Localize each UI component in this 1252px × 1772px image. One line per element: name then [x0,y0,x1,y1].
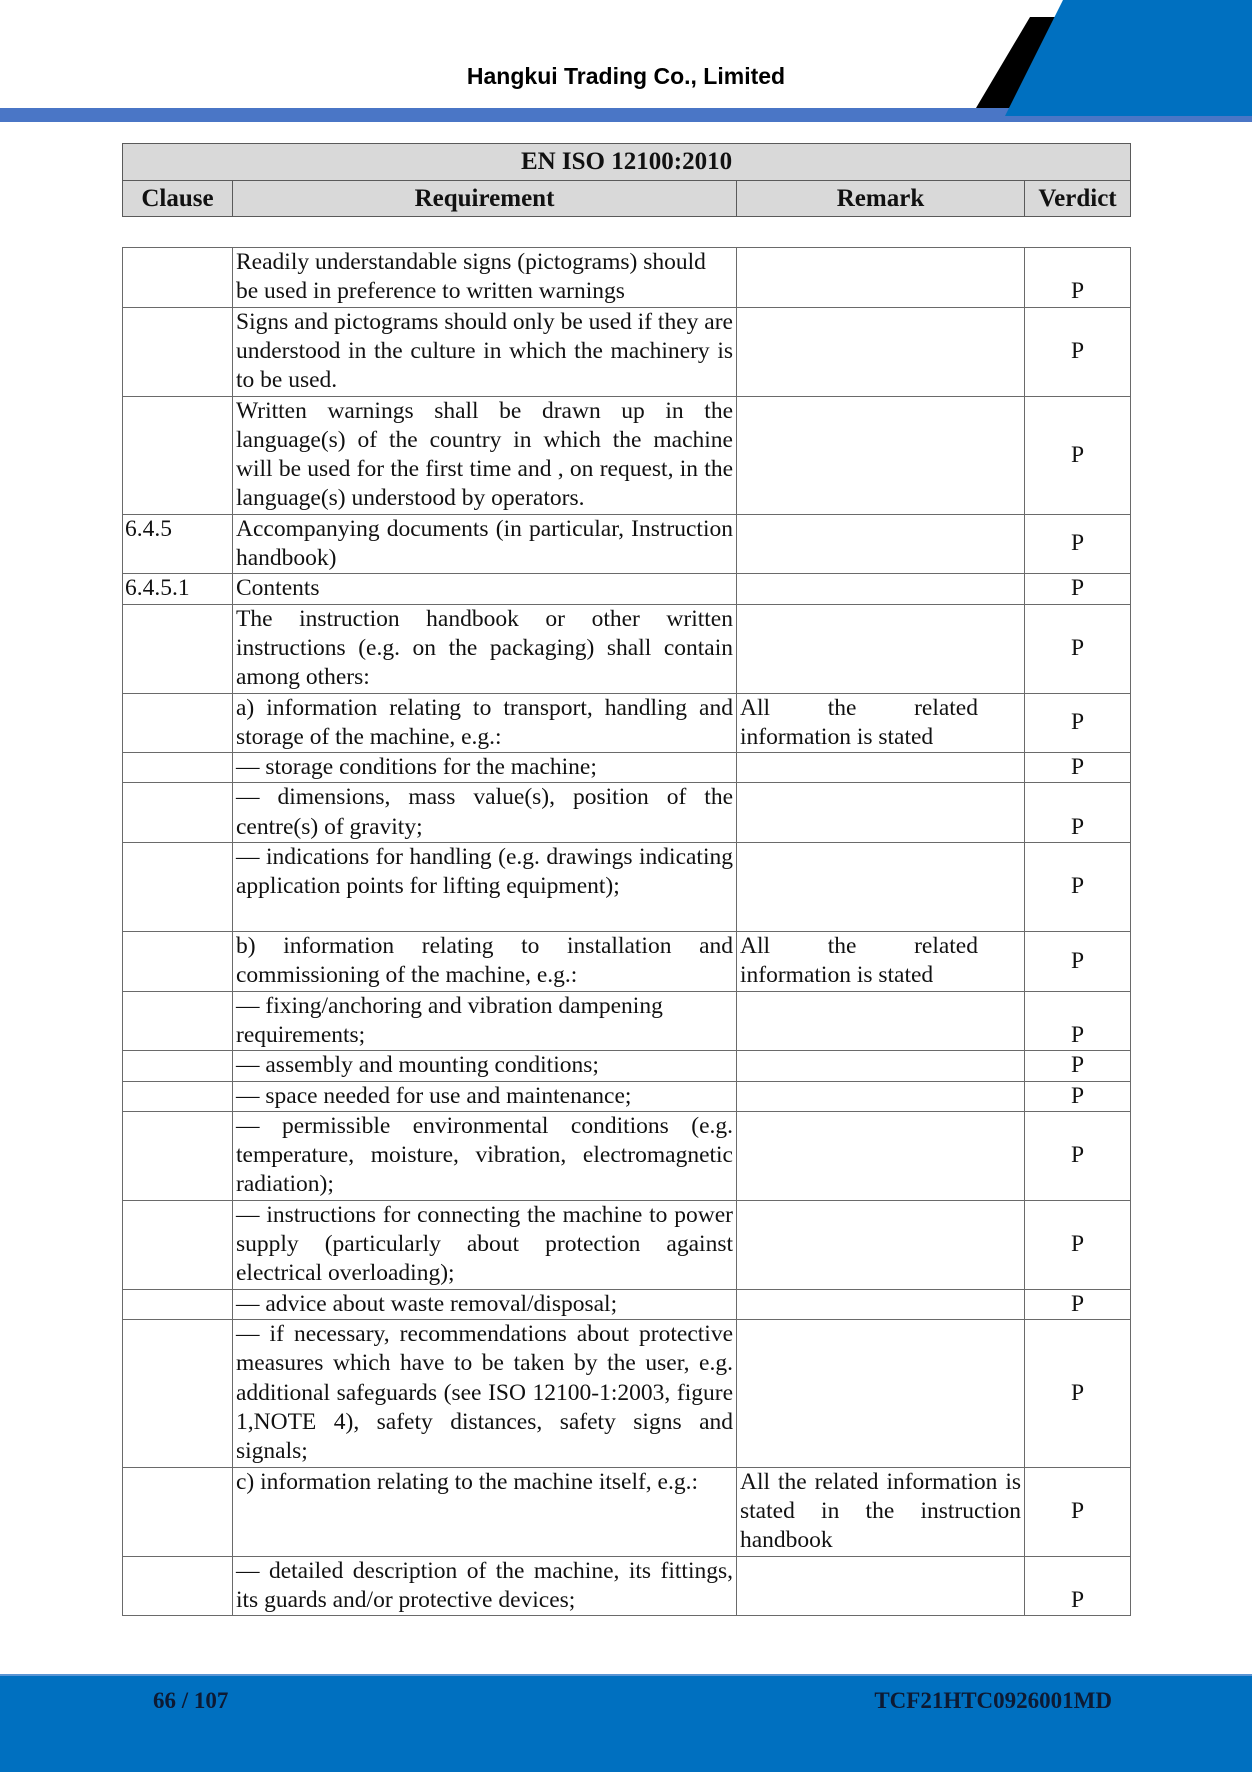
requirement-cell: b) information relating to installation … [233,932,737,992]
clause-cell [123,1467,233,1556]
verdict-cell: P [1025,396,1131,514]
requirement-cell: c) information relating to the machine i… [233,1467,737,1556]
clause-cell [123,693,233,753]
remark-cell: All the related information is stated [737,932,1025,992]
clause-cell: 6.4.5 [123,514,233,574]
requirement-cell: — indications for handling (e.g. drawing… [233,843,737,932]
table-row: — storage conditions for the machine;P [123,753,1131,783]
requirement-cell: — assembly and mounting conditions; [233,1051,737,1081]
column-header-clause: Clause [123,181,233,217]
report-number: TCF21HTC0926001MD [874,1688,1112,1714]
requirement-cell: a) information relating to transport, ha… [233,693,737,753]
clause-cell [123,843,233,932]
remark-cell [737,514,1025,574]
clause-cell [123,396,233,514]
company-name: Hangkui Trading Co., Limited [0,63,1252,90]
clause-cell [123,783,233,843]
remark-cell [737,1081,1025,1111]
clause-cell: 6.4.5.1 [123,574,233,604]
standard-header-table: EN ISO 12100:2010 Clause Requirement Rem… [122,143,1131,217]
requirement-cell: — detailed description of the machine, i… [233,1556,737,1616]
clause-cell [123,1051,233,1081]
clause-cell [123,248,233,308]
remark-cell [737,1320,1025,1467]
table-row: 6.4.5.1ContentsP [123,574,1131,604]
remark-cell [737,991,1025,1051]
page-number: 66 / 107 [153,1688,228,1714]
requirement-cell: The instruction handbook or other writte… [233,604,737,693]
verdict-cell: P [1025,574,1131,604]
verdict-cell: P [1025,1111,1131,1200]
remark-cell [737,843,1025,932]
clause-cell [123,991,233,1051]
clause-cell [123,1111,233,1200]
clause-cell [123,932,233,992]
table-row: — fixing/anchoring and vibration dampeni… [123,991,1131,1051]
remark-cell [737,1051,1025,1081]
verdict-cell: P [1025,991,1131,1051]
verdict-cell: P [1025,693,1131,753]
table-row: — permissible environmental conditions (… [123,1111,1131,1200]
table-row: b) information relating to installation … [123,932,1131,992]
clause-cell [123,1289,233,1319]
remark-cell [737,307,1025,396]
table-row: Written warnings shall be drawn up in th… [123,396,1131,514]
remark-cell [737,1556,1025,1616]
table-row: — if necessary, recommendations about pr… [123,1320,1131,1467]
table-row: Readily understandable signs (pictograms… [123,248,1131,308]
verdict-cell: P [1025,1081,1131,1111]
verdict-cell: P [1025,753,1131,783]
clause-cell [123,1556,233,1616]
verdict-cell: P [1025,843,1131,932]
verdict-cell: P [1025,1051,1131,1081]
requirement-cell: — if necessary, recommendations about pr… [233,1320,737,1467]
requirement-cell: — instructions for connecting the machin… [233,1200,737,1289]
remark-cell [737,1111,1025,1200]
remark-cell: All the related information is stated in… [737,1467,1025,1556]
table-row: The instruction handbook or other writte… [123,604,1131,693]
standard-title: EN ISO 12100:2010 [123,144,1131,181]
clause-cell [123,1200,233,1289]
requirement-cell: Signs and pictograms should only be used… [233,307,737,396]
table-row: a) information relating to transport, ha… [123,693,1131,753]
verdict-cell: P [1025,783,1131,843]
requirements-table: Readily understandable signs (pictograms… [122,247,1131,1616]
verdict-cell: P [1025,1467,1131,1556]
table-row: — indications for handling (e.g. drawing… [123,843,1131,932]
table-row: c) information relating to the machine i… [123,1467,1131,1556]
clause-cell [123,1081,233,1111]
verdict-cell: P [1025,307,1131,396]
remark-cell [737,1200,1025,1289]
requirement-cell: Contents [233,574,737,604]
clause-cell [123,753,233,783]
table-row: — instructions for connecting the machin… [123,1200,1131,1289]
remark-text: All the related information is stated [740,932,978,991]
requirement-cell: — dimensions, mass value(s), position of… [233,783,737,843]
verdict-cell: P [1025,932,1131,992]
table-row: — assembly and mounting conditions;P [123,1051,1131,1081]
requirement-cell: — storage conditions for the machine; [233,753,737,783]
verdict-cell: P [1025,1289,1131,1319]
remark-text: All the related information is stated [740,694,978,753]
requirement-cell: Readily understandable signs (pictograms… [233,248,737,308]
verdict-cell: P [1025,1200,1131,1289]
remark-cell [737,604,1025,693]
clause-cell [123,1320,233,1467]
requirement-cell: — permissible environmental conditions (… [233,1111,737,1200]
requirement-cell: Accompanying documents (in particular, I… [233,514,737,574]
column-header-remark: Remark [737,181,1025,217]
requirement-cell: — advice about waste removal/disposal; [233,1289,737,1319]
clause-cell [123,307,233,396]
verdict-cell: P [1025,604,1131,693]
verdict-cell: P [1025,248,1131,308]
table-row: — space needed for use and maintenance;P [123,1081,1131,1111]
clause-cell [123,604,233,693]
verdict-cell: P [1025,1320,1131,1467]
table-row: Signs and pictograms should only be used… [123,307,1131,396]
requirement-cell: — fixing/anchoring and vibration dampeni… [233,991,737,1051]
verdict-cell: P [1025,1556,1131,1616]
remark-cell [737,248,1025,308]
remark-cell: All the related information is stated [737,693,1025,753]
remark-cell [737,783,1025,843]
header-bar [0,108,1252,122]
page-footer: 66 / 107 TCF21HTC0926001MD [0,1674,1252,1772]
requirement-cell: — space needed for use and maintenance; [233,1081,737,1111]
table-row: — advice about waste removal/disposal;P [123,1289,1131,1319]
remark-cell [737,1289,1025,1319]
table-row: — dimensions, mass value(s), position of… [123,783,1131,843]
table-row: — detailed description of the machine, i… [123,1556,1131,1616]
remark-cell [737,396,1025,514]
column-header-verdict: Verdict [1025,181,1131,217]
requirement-cell: Written warnings shall be drawn up in th… [233,396,737,514]
column-header-requirement: Requirement [233,181,737,217]
remark-cell [737,574,1025,604]
verdict-cell: P [1025,514,1131,574]
table-row: 6.4.5Accompanying documents (in particul… [123,514,1131,574]
remark-cell [737,753,1025,783]
remark-text: All the related information is stated in… [740,1468,1021,1556]
